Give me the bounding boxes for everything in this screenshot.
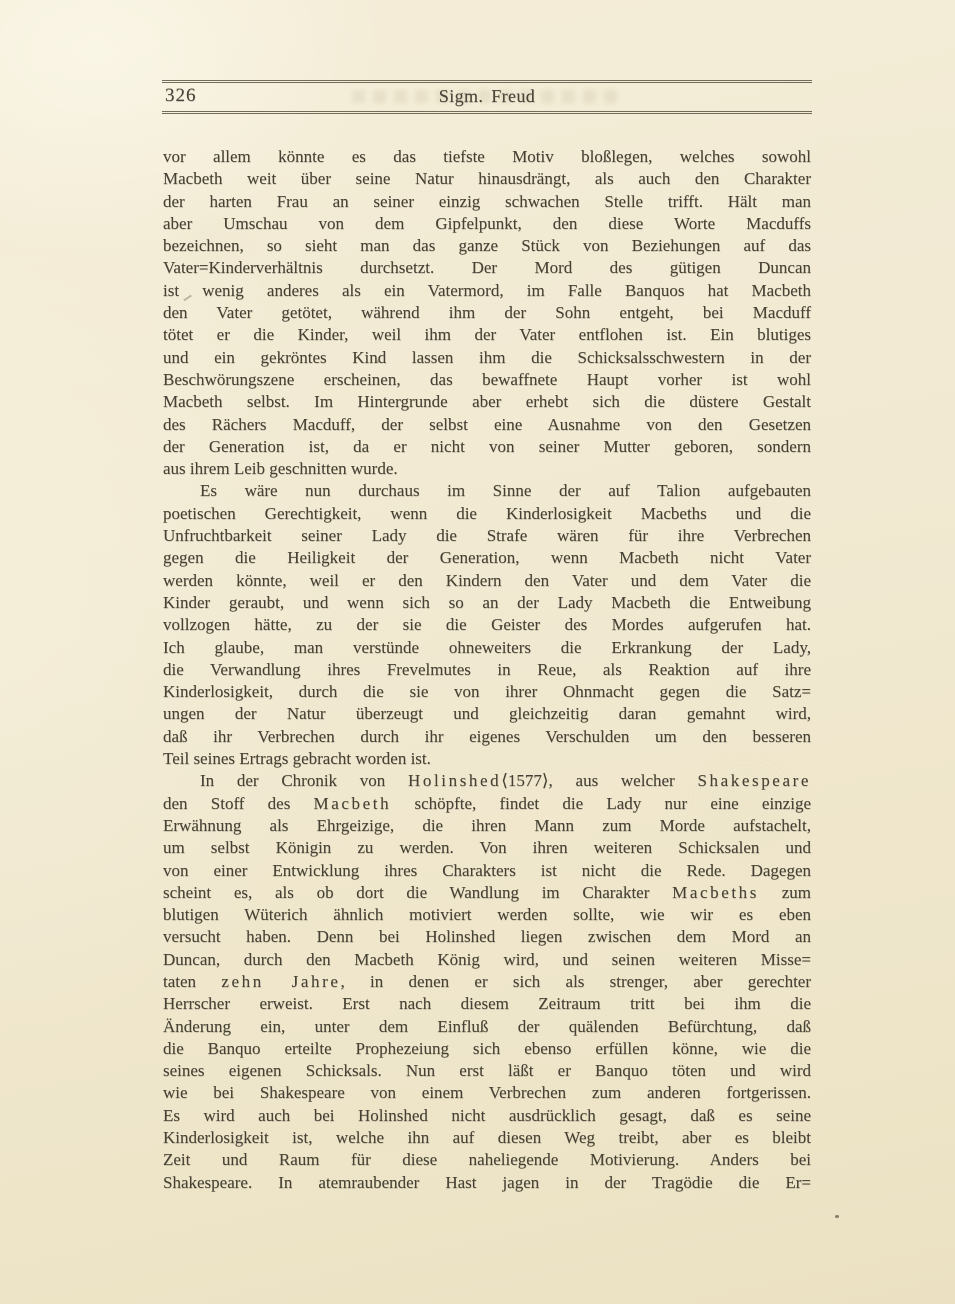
body-text: vor allem könnte es das tiefste Motiv bl… — [163, 146, 811, 1194]
text-line: der Generation ist, da er nicht von sein… — [163, 436, 811, 458]
text-line: Duncan, durch den Macbeth König wird, un… — [163, 949, 811, 971]
text-line: um selbst Königin zu werden. Von ihren w… — [163, 837, 811, 859]
text-line: seines eigenen Schicksals. Nun erst läßt… — [163, 1060, 811, 1082]
letterspaced-emphasis: Macbeth — [314, 794, 392, 813]
text-line: Beschwörungszene erscheinen, das bewaffn… — [163, 369, 811, 391]
text-line: Kinderlosigkeit ist, welche ihn auf dies… — [163, 1127, 811, 1149]
text-line: Kinderlosigkeit, durch die sie von ihrer… — [163, 681, 811, 703]
text-line: In der Chronik von Holinshed⟨1577⟩, aus … — [163, 770, 811, 792]
ink-dot-artifact — [835, 1215, 839, 1218]
text-line: taten zehn Jahre, in denen er sich als s… — [163, 971, 811, 993]
text-line: Es wäre nun durchaus im Sinne der auf Ta… — [163, 480, 811, 502]
paragraph: vor allem könnte es das tiefste Motiv bl… — [163, 146, 811, 480]
text-line: wie bei Shakespeare von einem Verbrechen… — [163, 1082, 811, 1104]
paragraph: Es wäre nun durchaus im Sinne der auf Ta… — [163, 480, 811, 770]
text-line: die Verwandlung ihres Frevelmutes in Reu… — [163, 659, 811, 681]
text-line: von einer Entwicklung ihres Charakters i… — [163, 860, 811, 882]
text-line: Vater=Kinderverhältnis durchsetzt. Der M… — [163, 257, 811, 279]
text-line: Shakespeare. In atemraubender Hast jagen… — [163, 1172, 811, 1194]
text-line: Änderung ein, unter dem Einfluß der quäl… — [163, 1016, 811, 1038]
letterspaced-emphasis: Shakespeare — [697, 771, 811, 790]
text-line: Teil seines Ertrags gebracht worden ist. — [163, 748, 811, 770]
text-line: daß ihr Verbrechen durch ihr eigenes Ver… — [163, 726, 811, 748]
text-line: versucht haben. Denn bei Holinshed liege… — [163, 926, 811, 948]
text-line: tötet er die Kinder, weil ihm der Vater … — [163, 324, 811, 346]
text-line: poetischen Gerechtigkeit, wenn die Kinde… — [163, 503, 811, 525]
letterspaced-emphasis: Macbeths — [672, 883, 759, 902]
text-line: des Rächers Macduff, der selbst eine Aus… — [163, 414, 811, 436]
letterspaced-emphasis: zehn Jahre — [221, 972, 340, 991]
text-line: Erwähnung als Ehrgeizige, die ihren Mann… — [163, 815, 811, 837]
text-line: Kinder geraubt, und wenn sich so an der … — [163, 592, 811, 614]
text-line: und ein gekröntes Kind lassen ihm die Sc… — [163, 347, 811, 369]
text-line: Herrscher erweist. Erst nach diesem Zeit… — [163, 993, 811, 1015]
page-header: 326 Sigm. Freud — [162, 80, 812, 114]
text-line: ungen der Natur überzeugt und gleichzeit… — [163, 703, 811, 725]
text-line: werden könnte, weil er den Kindern den V… — [163, 570, 811, 592]
text-line: die Banquo erteilte Prophezeiung sich eb… — [163, 1038, 811, 1060]
letterspaced-emphasis: Holinshed — [408, 771, 501, 790]
text-line: Macbeth selbst. Im Hintergrunde aber erh… — [163, 391, 811, 413]
paragraph: In der Chronik von Holinshed⟨1577⟩, aus … — [163, 770, 811, 1194]
text-line: bezeichnen, so sieht man das ganze Stück… — [163, 235, 811, 257]
text-line: gegen die Heiligkeit der Generation, wen… — [163, 547, 811, 569]
text-line: aber Umschau von dem Gipfelpunkt, den di… — [163, 213, 811, 235]
text-line: den Stoff des Macbeth schöpfte, findet d… — [163, 793, 811, 815]
text-line: Unfruchtbarkeit seiner Lady die Strafe w… — [163, 525, 811, 547]
text-line: vollzogen hätte, zu der sie die Geister … — [163, 614, 811, 636]
text-line: Es wird auch bei Holinshed nicht ausdrüc… — [163, 1105, 811, 1127]
text-line: den Vater getötet, während ihm der Sohn … — [163, 302, 811, 324]
text-line: Ich glaube, man verstünde ohneweiters di… — [163, 637, 811, 659]
text-line: scheint es, als ob dort die Wandlung im … — [163, 882, 811, 904]
text-line: vor allem könnte es das tiefste Motiv bl… — [163, 146, 811, 168]
text-line: ist wenig anderes als ein Vatermord, im … — [163, 280, 811, 302]
text-line: der harten Frau an seiner einzig schwach… — [163, 191, 811, 213]
text-line: blutigen Wüterich ähnlich motiviert werd… — [163, 904, 811, 926]
text-line: Macbeth weit über seine Natur hinausdrän… — [163, 168, 811, 190]
text-line: aus ihrem Leib geschnitten wurde. — [163, 458, 811, 480]
running-title: Sigm. Freud — [162, 86, 812, 107]
text-line: Zeit und Raum für diese naheliegende Mot… — [163, 1149, 811, 1171]
